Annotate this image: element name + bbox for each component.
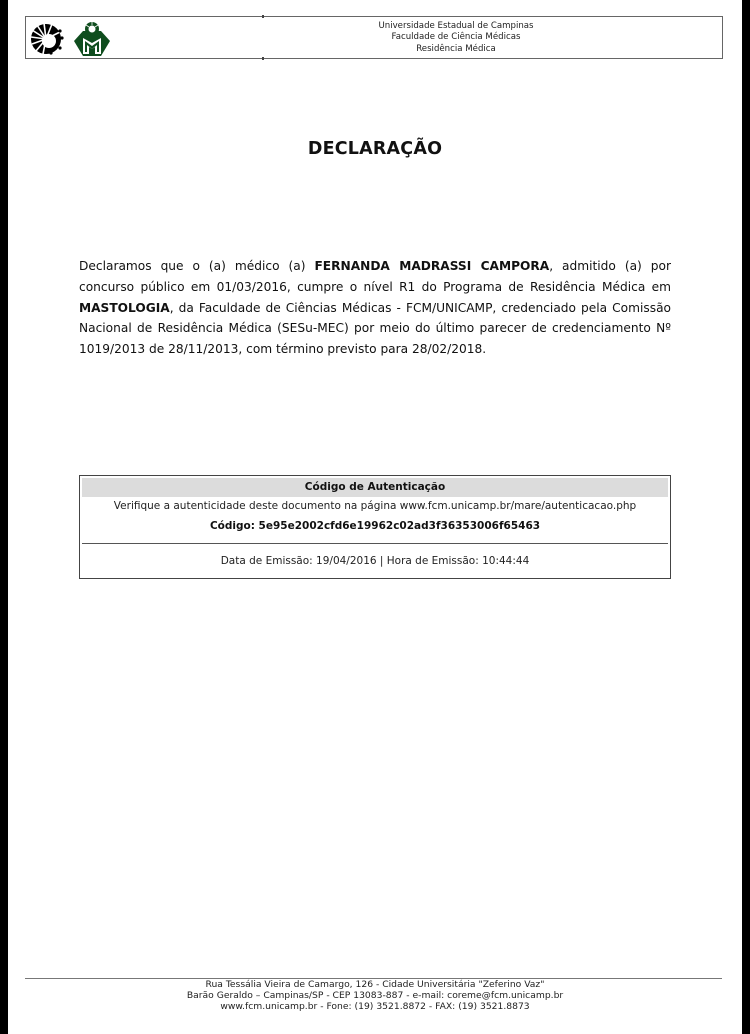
doctor-name: FERNANDA MADRASSI CAMPORA xyxy=(314,259,549,273)
document-title: DECLARAÇÃO xyxy=(0,139,750,159)
declaration-body: Declaramos que o (a) médico (a) FERNANDA… xyxy=(79,256,671,360)
institution-line-department: Residência Médica xyxy=(232,44,680,55)
footer-city-email: Barão Geraldo – Campinas/SP - CEP 13083-… xyxy=(0,990,750,1001)
authentication-verify-text: Verifique a autenticidade deste document… xyxy=(80,499,670,513)
institution-name: Universidade Estadual de Campinas Faculd… xyxy=(26,21,722,55)
institution-line-university: Universidade Estadual de Campinas xyxy=(232,21,680,32)
authentication-code: Código: 5e95e2002cfd6e19962c02ad3f363530… xyxy=(80,519,670,533)
authentication-header: Código de Autenticação xyxy=(82,478,668,497)
issue-date-time: Data de Emissão: 19/04/2016 | Hora de Em… xyxy=(80,554,670,568)
footer-address: Rua Tessália Vieira de Camargo, 126 - Ci… xyxy=(0,979,750,990)
document-footer: Rua Tessália Vieira de Camargo, 126 - Ci… xyxy=(0,979,750,1012)
authentication-divider xyxy=(82,543,668,544)
header-tick-top xyxy=(262,15,264,18)
header-tick-bottom xyxy=(262,57,264,60)
footer-web-phone: www.fcm.unicamp.br - Fone: (19) 3521.887… xyxy=(0,1001,750,1012)
specialty-name: MASTOLOGIA xyxy=(79,301,170,315)
institution-line-faculty: Faculdade de Ciência Médicas xyxy=(232,32,680,43)
authentication-box: Código de Autenticação Verifique a auten… xyxy=(79,475,671,579)
document-header: Universidade Estadual de Campinas Faculd… xyxy=(25,16,723,59)
body-part-1: Declaramos que o (a) médico (a) xyxy=(79,259,314,273)
